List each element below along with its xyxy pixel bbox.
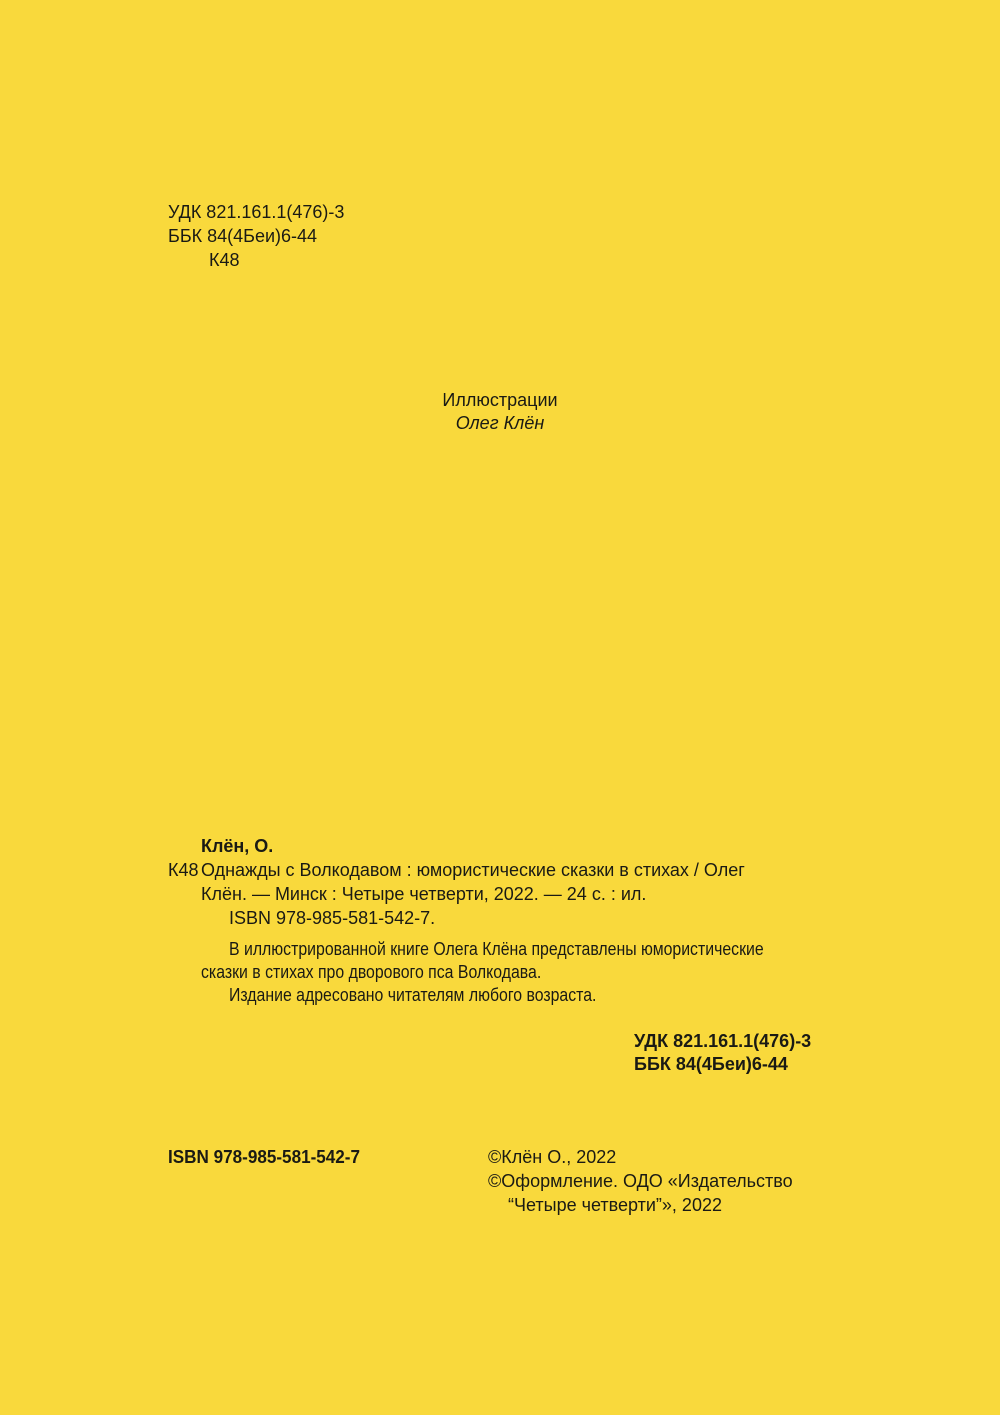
illustrations-label: Иллюстрации xyxy=(0,389,1000,412)
copyright-design: ©Оформление. ОДО «Издательство xyxy=(488,1170,793,1193)
annotation-line: Издание адресовано читателям любого возр… xyxy=(229,984,596,1007)
record-isbn: ISBN 978-985-581-542-7. xyxy=(229,907,435,930)
author-mark: К48 xyxy=(209,249,240,272)
bbk-code: ББК 84(4Беи)6-44 xyxy=(168,225,317,248)
annotation-line: В иллюстрированной книге Олега Клёна пре… xyxy=(229,938,764,961)
copyright-design-continued: “Четыре четверти”», 2022 xyxy=(508,1194,722,1217)
bbk-code-bold: ББК 84(4Беи)6-44 xyxy=(634,1053,788,1076)
illustrator-name: Олег Клён xyxy=(0,412,1000,435)
isbn-number: ISBN 978-985-581-542-7 xyxy=(168,1146,360,1169)
copyright-author: ©Клён О., 2022 xyxy=(488,1146,616,1169)
record-author-mark: К48 xyxy=(168,859,199,882)
udk-code: УДК 821.161.1(476)-3 xyxy=(168,201,344,224)
record-publication-line: Клён. — Минск : Четыре четверти, 2022. —… xyxy=(201,883,646,906)
udk-code-bold: УДК 821.161.1(476)-3 xyxy=(634,1030,811,1053)
record-title-line: Однажды с Волкодавом : юмористические ск… xyxy=(201,859,745,882)
record-author: Клён, О. xyxy=(201,835,273,858)
annotation-line: сказки в стихах про дворового пса Волкод… xyxy=(201,961,541,984)
